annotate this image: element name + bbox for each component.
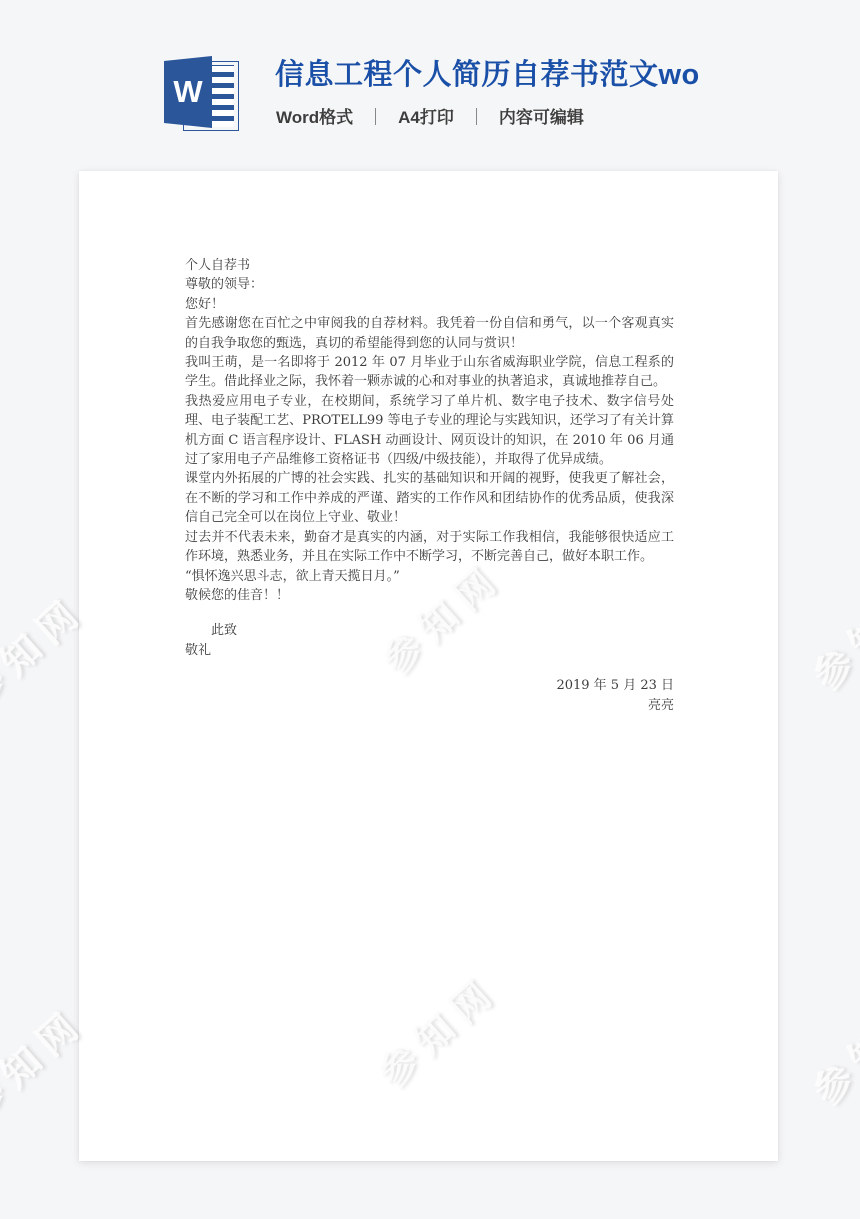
meta-separator: ｜ [367,108,384,127]
word-file-icon: W [164,56,242,128]
letter-signature: 亮亮 [185,696,674,715]
doc-paragraph: 课堂内外拓展的广博的社会实践、扎实的基础知识和开阔的视野，使我更了解社会，在不断… [185,469,674,527]
meta-word-format: Word格式 [276,108,353,127]
watermark: 参知网 [790,970,860,1122]
document-title-link[interactable]: 信息工程个人简历自荐书范文wo [275,52,700,93]
format-meta: Word格式｜A4打印｜内容可编辑 [276,103,584,128]
letter-date: 2019 年 5 月 23 日 [185,676,674,695]
doc-paragraph: 尊敬的领导： [185,275,674,294]
word-icon-letter: W [173,74,202,110]
meta-editable: 内容可编辑 [499,108,584,127]
letter-body: 个人自荐书 尊敬的领导： 您好！ 首先感谢您在百忙之中审阅我的自荐材料。我凭着一… [185,256,674,715]
doc-paragraph: 敬候您的佳音！！ [185,586,674,605]
meta-separator: ｜ [468,108,485,127]
closing-salute: 此致 [185,621,674,640]
doc-paragraph: “惧怀逸兴思斗志，欲上青天揽日月。” [185,567,674,586]
document-page-preview: 个人自荐书 尊敬的领导： 您好！ 首先感谢您在百忙之中审阅我的自荐材料。我凭着一… [79,171,778,1161]
closing-salute-2: 敬礼 [185,641,674,660]
doc-paragraph: 我叫王萌，是一名即将于 2012 年 07 月毕业于山东省威海职业学院，信息工程… [185,353,674,392]
meta-a4-print: A4打印 [398,108,454,127]
doc-paragraph: 首先感谢您在百忙之中审阅我的自荐材料。我凭着一份自信和勇气，以一个客观真实的自我… [185,314,674,353]
doc-paragraph: 我热爱应用电子专业，在校期间，系统学习了单片机、数字电子技术、数字信号处理、电子… [185,392,674,470]
word-icon-cover: W [164,56,212,128]
closing-block: 此致 敬礼 [185,621,674,660]
doc-paragraph: 您好！ [185,295,674,314]
doc-paragraph: 过去并不代表未来，勤奋才是真实的内涵，对于实际工作我相信，我能够很快适应工作环境… [185,528,674,567]
doc-paragraph-title: 个人自荐书 [185,256,674,275]
signature-block: 2019 年 5 月 23 日 亮亮 [185,676,674,715]
page-background: W 信息工程个人简历自荐书范文wo Word格式｜A4打印｜内容可编辑 个人自荐… [0,0,860,1219]
watermark: 参知网 [790,555,860,707]
